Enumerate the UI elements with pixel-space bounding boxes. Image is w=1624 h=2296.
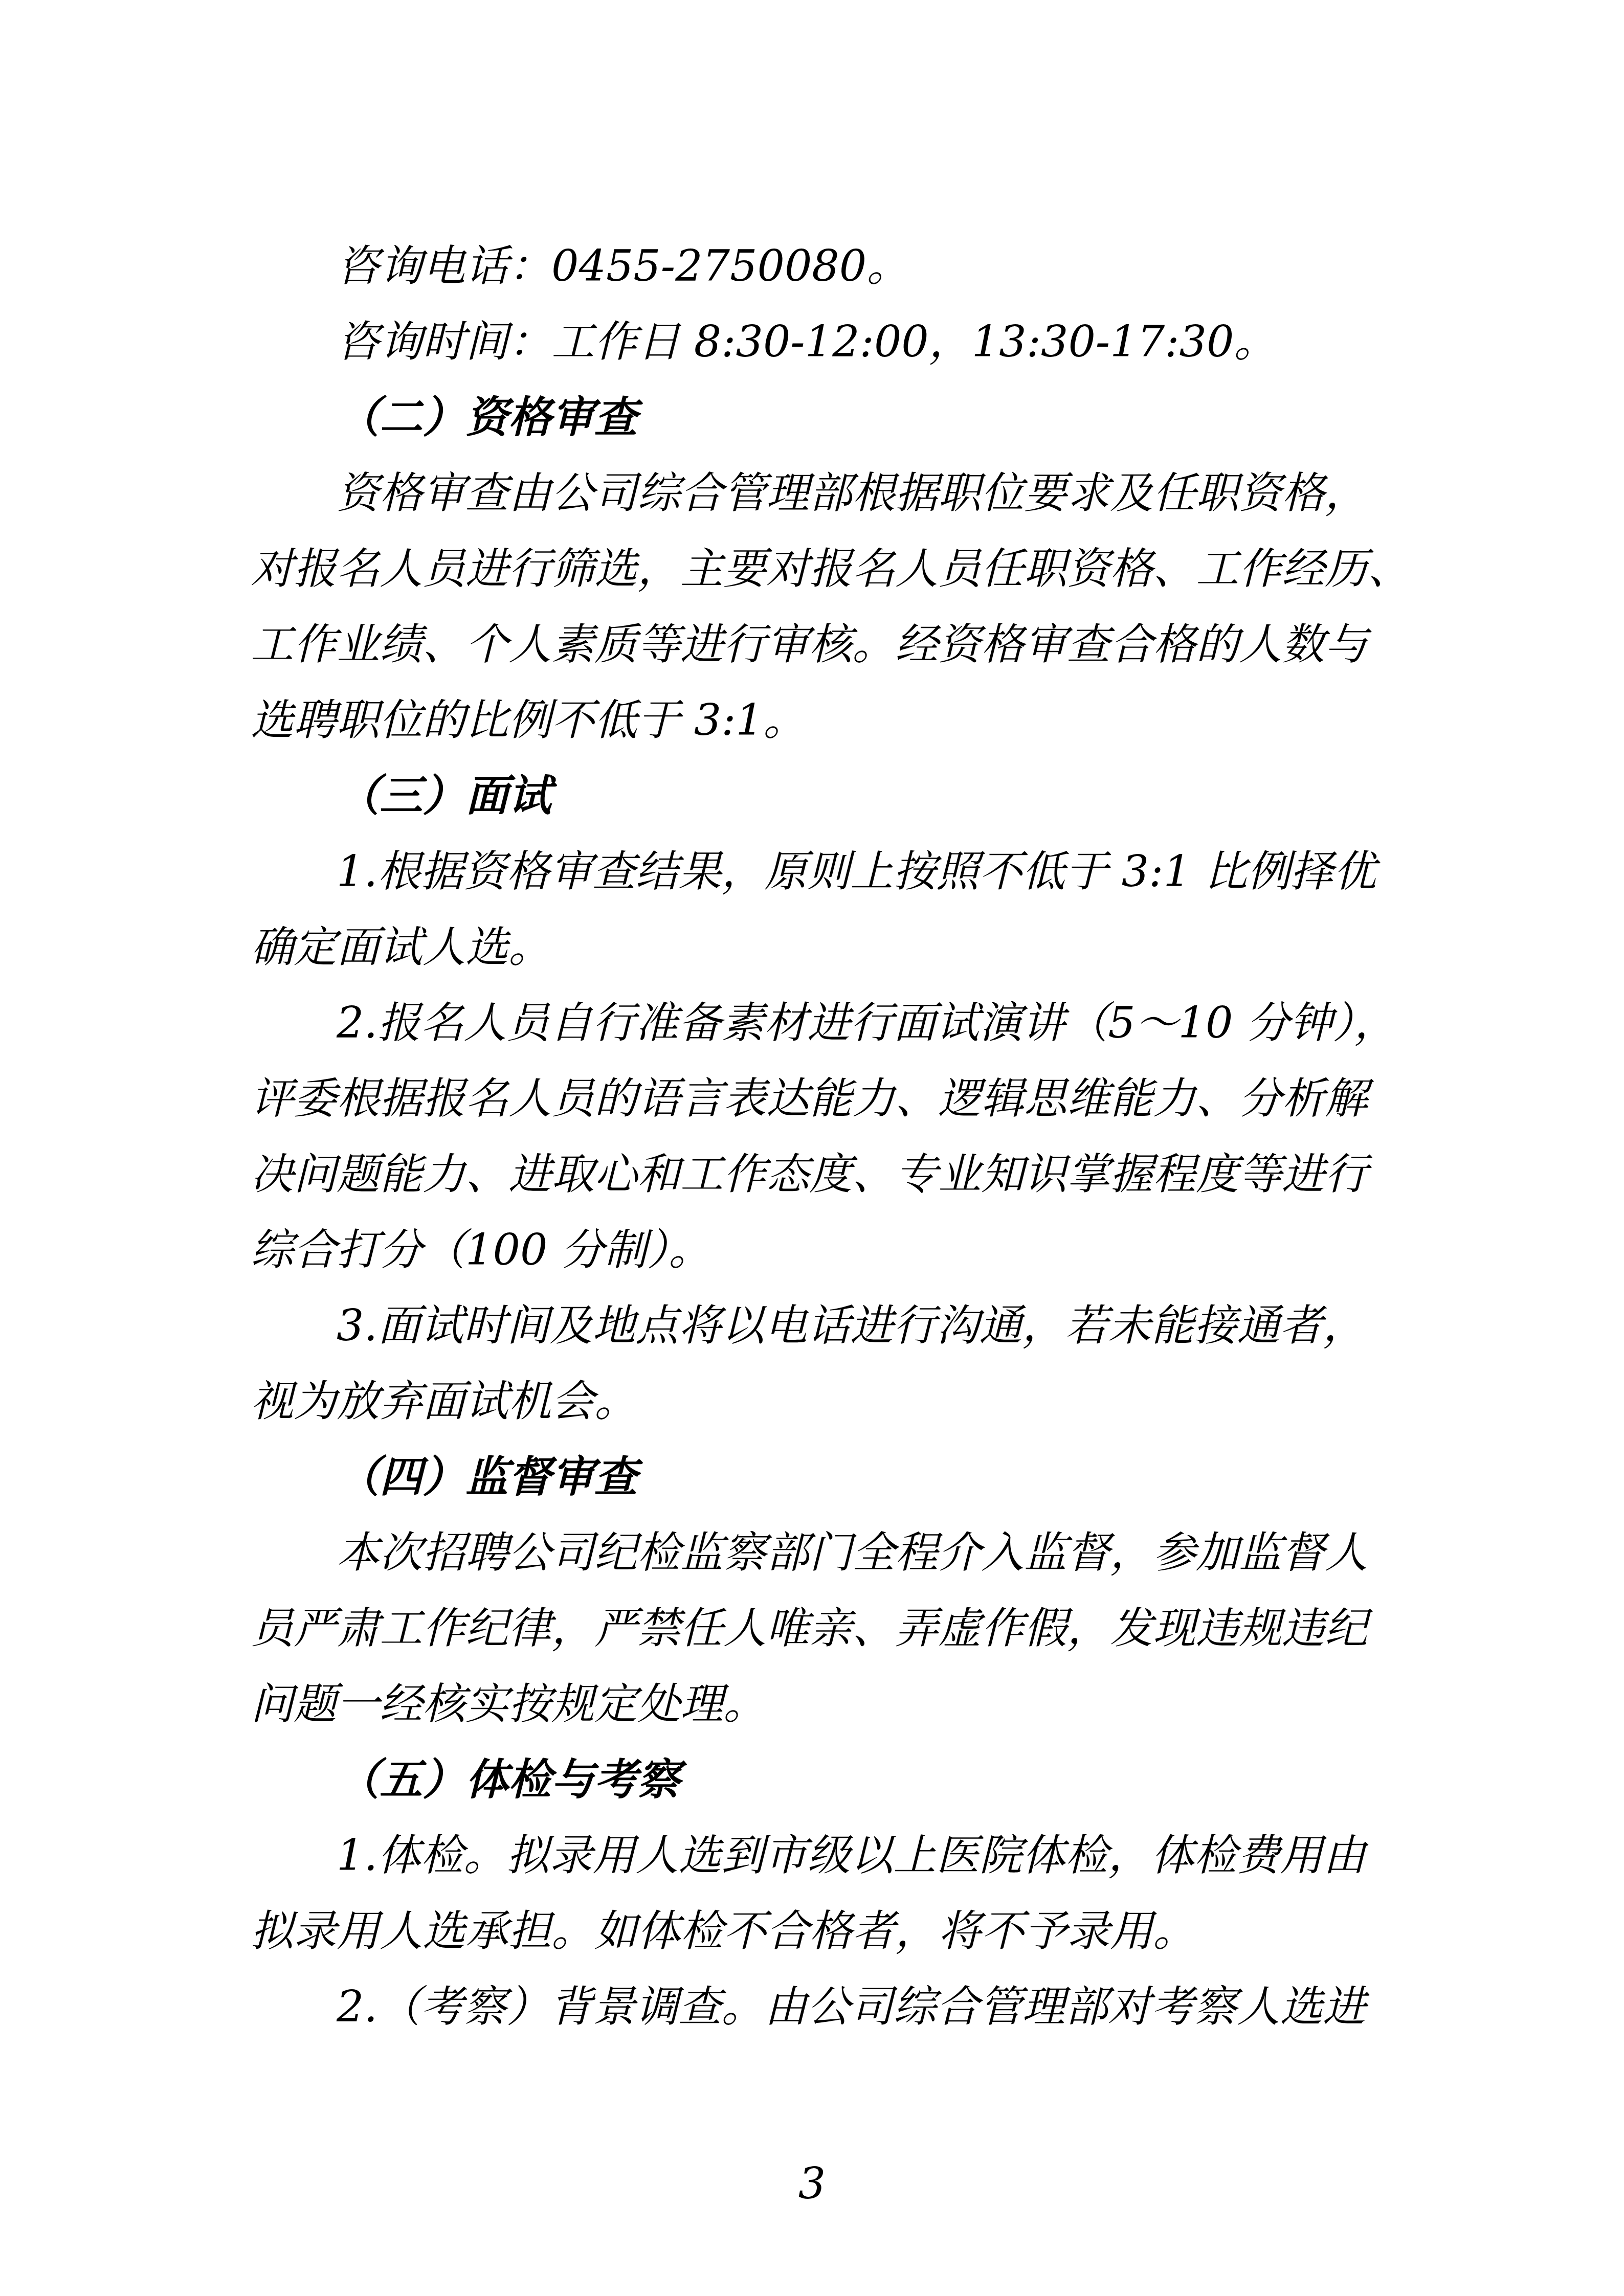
paragraph-line: 决问题能力、进取心和工作态度、专业知识掌握程度等进行 bbox=[251, 1136, 1391, 1212]
section-heading: （三）面试 bbox=[251, 758, 1391, 834]
paragraph-line: 拟录用人选承担。如体检不合格者，将不予录用。 bbox=[251, 1893, 1391, 1969]
paragraph-line: 工作业绩、个人素质等进行审核。经资格审查合格的人数与 bbox=[251, 606, 1391, 682]
paragraph-line: 3.面试时间及地点将以电话进行沟通，若未能接通者， bbox=[251, 1288, 1391, 1363]
paragraph-line: 对报名人员进行筛选，主要对报名人员任职资格、工作经历、 bbox=[251, 531, 1391, 606]
document-page: 咨询电话：0455-2750080。 咨询时间：工作日 8:30-12:00，1… bbox=[0, 0, 1624, 2296]
paragraph-line: 视为放弃面试机会。 bbox=[251, 1363, 1391, 1439]
paragraph-line: 综合打分（100 分制）。 bbox=[251, 1212, 1391, 1288]
paragraph-line: 2.报名人员自行准备素材进行面试演讲（5～10 分钟）， bbox=[251, 985, 1391, 1061]
page-number: 3 bbox=[0, 2146, 1624, 2221]
section-heading: （四）监督审查 bbox=[251, 1439, 1391, 1515]
paragraph-line: 评委根据报名人员的语言表达能力、逻辑思维能力、分析解 bbox=[251, 1061, 1391, 1136]
paragraph-line: 本次招聘公司纪检监察部门全程介入监督，参加监督人 bbox=[251, 1515, 1391, 1590]
paragraph-line: 咨询时间：工作日 8:30-12:00，13:30-17:30。 bbox=[251, 304, 1391, 379]
section-heading: （五）体检与考察 bbox=[251, 1742, 1391, 1817]
paragraph-line: 2.（考察）背景调查。由公司综合管理部对考察人选进 bbox=[251, 1969, 1391, 2044]
paragraph-line: 问题一经核实按规定处理。 bbox=[251, 1666, 1391, 1742]
paragraph-line: 资格审查由公司综合管理部根据职位要求及任职资格， bbox=[251, 455, 1391, 531]
section-heading: （二）资格审查 bbox=[251, 379, 1391, 455]
paragraph-line: 1.根据资格审查结果，原则上按照不低于 3:1 比例择优 bbox=[251, 834, 1391, 909]
text-content: 咨询电话：0455-2750080。 咨询时间：工作日 8:30-12:00，1… bbox=[251, 228, 1391, 2044]
paragraph-line: 确定面试人选。 bbox=[251, 909, 1391, 985]
paragraph-line: 选聘职位的比例不低于 3:1。 bbox=[251, 682, 1391, 758]
paragraph-line: 员严肃工作纪律，严禁任人唯亲、弄虚作假，发现违规违纪 bbox=[251, 1590, 1391, 1666]
paragraph-line: 1.体检。拟录用人选到市级以上医院体检，体检费用由 bbox=[251, 1817, 1391, 1893]
paragraph-line: 咨询电话：0455-2750080。 bbox=[251, 228, 1391, 304]
